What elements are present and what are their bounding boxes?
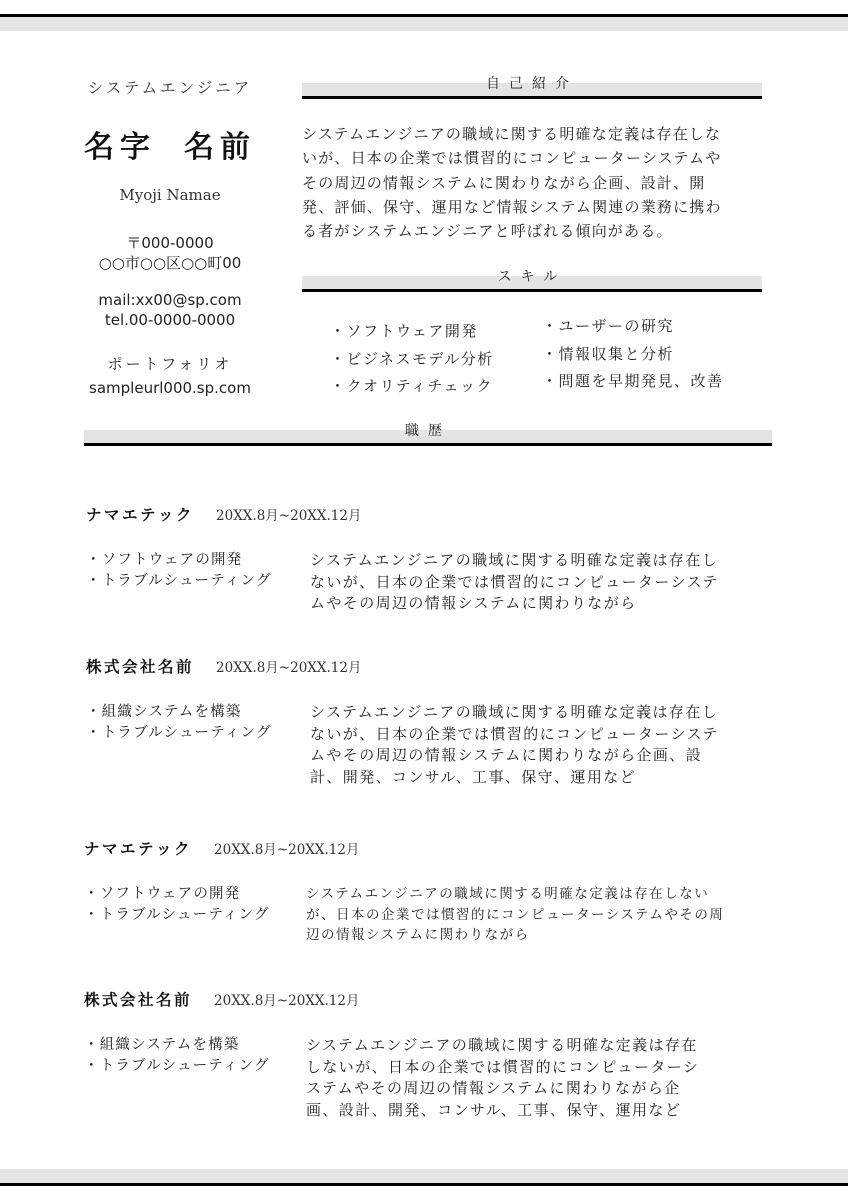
- job-period: 20XX.8月~20XX.12月: [216, 508, 361, 524]
- job-period: 20XX.8月~20XX.12月: [214, 842, 359, 858]
- job-entry: ナマエテック20XX.8月~20XX.12月 ・ソフトウェアの開発 ・トラブルシ…: [86, 503, 766, 550]
- job-header: 株式会社名前20XX.8月~20XX.12月: [84, 988, 764, 1010]
- portfolio-url[interactable]: sampleurl000.sp.com: [60, 376, 280, 400]
- duty-item: ・トラブルシューティング: [84, 1056, 270, 1077]
- skills-list-left: ・ソフトウェア開発 ・ビジネスモデル分析 ・クオリティチェック: [330, 318, 494, 401]
- portfolio-block: ポートフォリオ sampleurl000.sp.com: [60, 352, 280, 400]
- duty-item: ・組織システムを構築: [84, 1035, 270, 1056]
- address: ○○市○○区○○町00: [60, 253, 280, 273]
- duty-item: ・組織システムを構築: [86, 702, 272, 723]
- surname: 名字: [84, 130, 156, 165]
- company-name: ナマエテック: [84, 837, 192, 859]
- portfolio-label: ポートフォリオ: [60, 352, 280, 376]
- intro-text: システムエンジニアの職域に関する明確な定義は存在しないが、日本の企業では慣習的に…: [302, 122, 722, 243]
- job-description: システムエンジニアの職域に関する明確な定義は存在しないが、日本の企業では慣習的に…: [310, 702, 730, 788]
- company-name: ナマエテック: [86, 503, 194, 525]
- company-name: 株式会社名前: [86, 655, 194, 677]
- top-border-band: [0, 14, 848, 31]
- postal-code: 〒000-0000: [60, 233, 280, 253]
- skill-item: ・クオリティチェック: [330, 373, 494, 401]
- job-duties: ・組織システムを構築 ・トラブルシューティング: [84, 1035, 270, 1077]
- job-description: システムエンジニアの職域に関する明確な定義は存在しないが、日本の企業では慣習的に…: [310, 550, 730, 615]
- bottom-border-band: [0, 1169, 848, 1186]
- given-name: 名前: [184, 130, 256, 165]
- name-romaji: Myoji Namae: [60, 186, 280, 204]
- duty-item: ・トラブルシューティング: [86, 723, 272, 744]
- full-name: 名字名前: [60, 122, 280, 166]
- job-description: システムエンジニアの職域に関する明確な定義は存在しないが、日本の企業では慣習的に…: [306, 1035, 706, 1121]
- job-description: システムエンジニアの職域に関する明確な定義は存在しないが、日本の企業では慣習的に…: [306, 884, 726, 946]
- skill-item: ・情報収集と分析: [542, 341, 724, 369]
- skill-item: ・ソフトウェア開発: [330, 318, 494, 346]
- intro-heading: 自己紹介: [486, 76, 578, 92]
- duty-item: ・トラブルシューティング: [84, 905, 270, 926]
- duty-item: ・ソフトウェアの開発: [84, 884, 270, 905]
- contact-block: mail:xx00@sp.com tel.00-0000-0000: [60, 290, 280, 330]
- address-block: 〒000-0000 ○○市○○区○○町00: [60, 233, 280, 273]
- job-period: 20XX.8月~20XX.12月: [214, 993, 359, 1009]
- duty-item: ・トラブルシューティング: [86, 571, 272, 592]
- phone: tel.00-0000-0000: [60, 310, 280, 330]
- email[interactable]: mail:xx00@sp.com: [60, 290, 280, 310]
- resume-page: システムエンジニア 名字名前 Myoji Namae 〒000-0000 ○○市…: [0, 0, 848, 1200]
- job-title: システムエンジニア: [60, 76, 280, 98]
- duty-item: ・ソフトウェアの開発: [86, 550, 272, 571]
- job-period: 20XX.8月~20XX.12月: [216, 660, 361, 676]
- job-entry: ナマエテック20XX.8月~20XX.12月 ・ソフトウェアの開発 ・トラブルシ…: [84, 837, 764, 884]
- skills-list-right: ・ユーザーの研究 ・情報収集と分析 ・問題を早期発見、改善: [542, 313, 724, 396]
- career-heading-bar: 職歴: [84, 430, 772, 446]
- skill-item: ・ビジネスモデル分析: [330, 346, 494, 374]
- job-entry: 株式会社名前20XX.8月~20XX.12月 ・組織システムを構築 ・トラブルシ…: [86, 655, 766, 702]
- job-duties: ・ソフトウェアの開発 ・トラブルシューティング: [84, 884, 270, 926]
- skill-item: ・ユーザーの研究: [542, 313, 724, 341]
- intro-heading-bar: 自己紹介: [302, 83, 762, 99]
- job-header: ナマエテック20XX.8月~20XX.12月: [86, 503, 766, 525]
- job-header: 株式会社名前20XX.8月~20XX.12月: [86, 655, 766, 677]
- skill-item: ・問題を早期発見、改善: [542, 368, 724, 396]
- job-duties: ・ソフトウェアの開発 ・トラブルシューティング: [86, 550, 272, 592]
- career-heading: 職歴: [405, 423, 451, 439]
- company-name: 株式会社名前: [84, 988, 192, 1010]
- job-duties: ・組織システムを構築 ・トラブルシューティング: [86, 702, 272, 744]
- job-header: ナマエテック20XX.8月~20XX.12月: [84, 837, 764, 859]
- skills-heading: スキル: [498, 269, 567, 285]
- job-entry: 株式会社名前20XX.8月~20XX.12月 ・組織システムを構築 ・トラブルシ…: [84, 988, 764, 1035]
- skills-heading-bar: スキル: [302, 276, 762, 292]
